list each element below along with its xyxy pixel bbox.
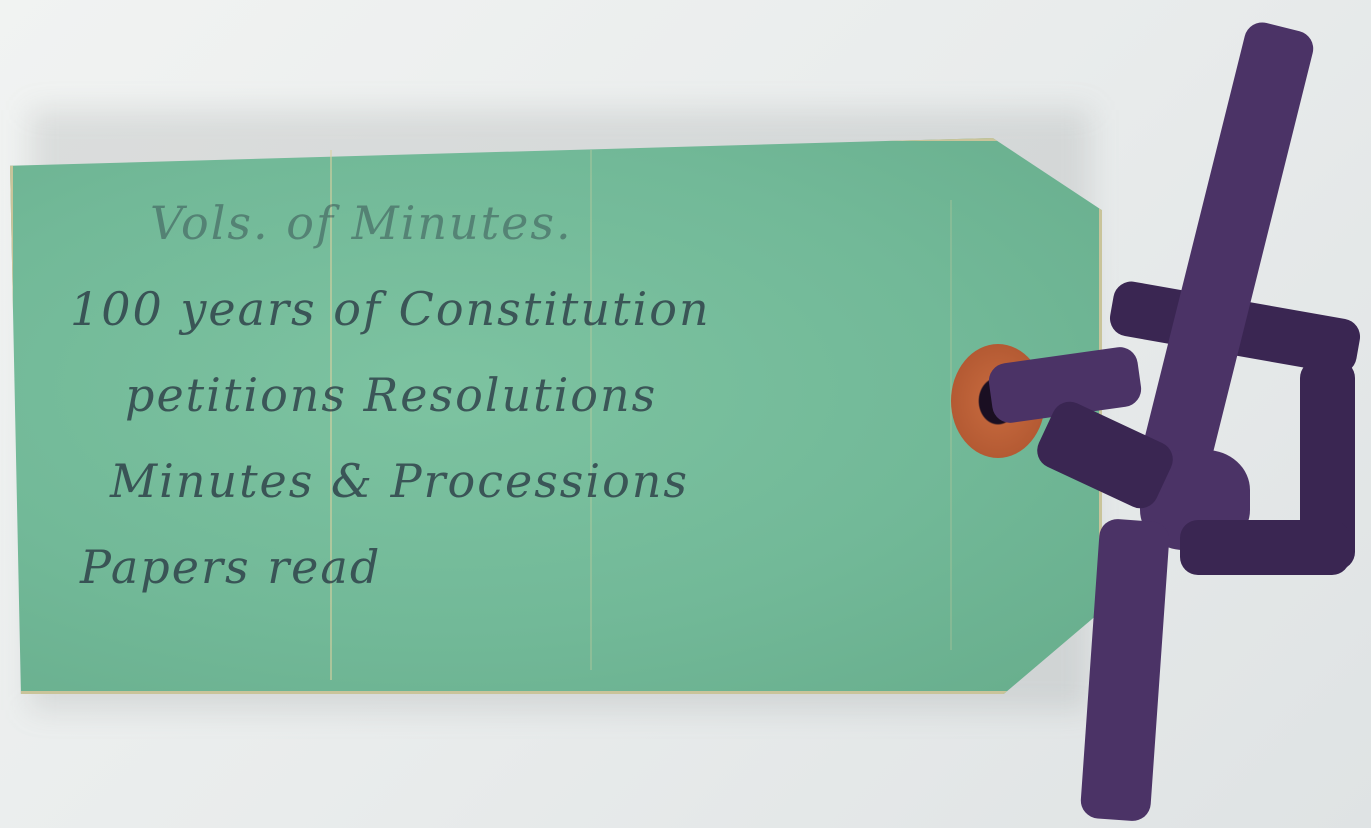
handwriting-line: petitions Resolutions	[70, 352, 950, 438]
handwriting-line: Vols. of Minutes.	[70, 180, 950, 266]
handwriting-line: Minutes & Processions	[70, 438, 950, 524]
ribbon-end	[1133, 19, 1317, 502]
handwriting-line: 100 years of Constitution	[70, 266, 950, 352]
handwritten-notes: Vols. of Minutes. 100 years of Constitut…	[70, 180, 950, 610]
tag-crease	[950, 200, 952, 650]
handwriting-line: Papers read	[70, 524, 950, 610]
ribbon-loop	[1180, 520, 1350, 575]
